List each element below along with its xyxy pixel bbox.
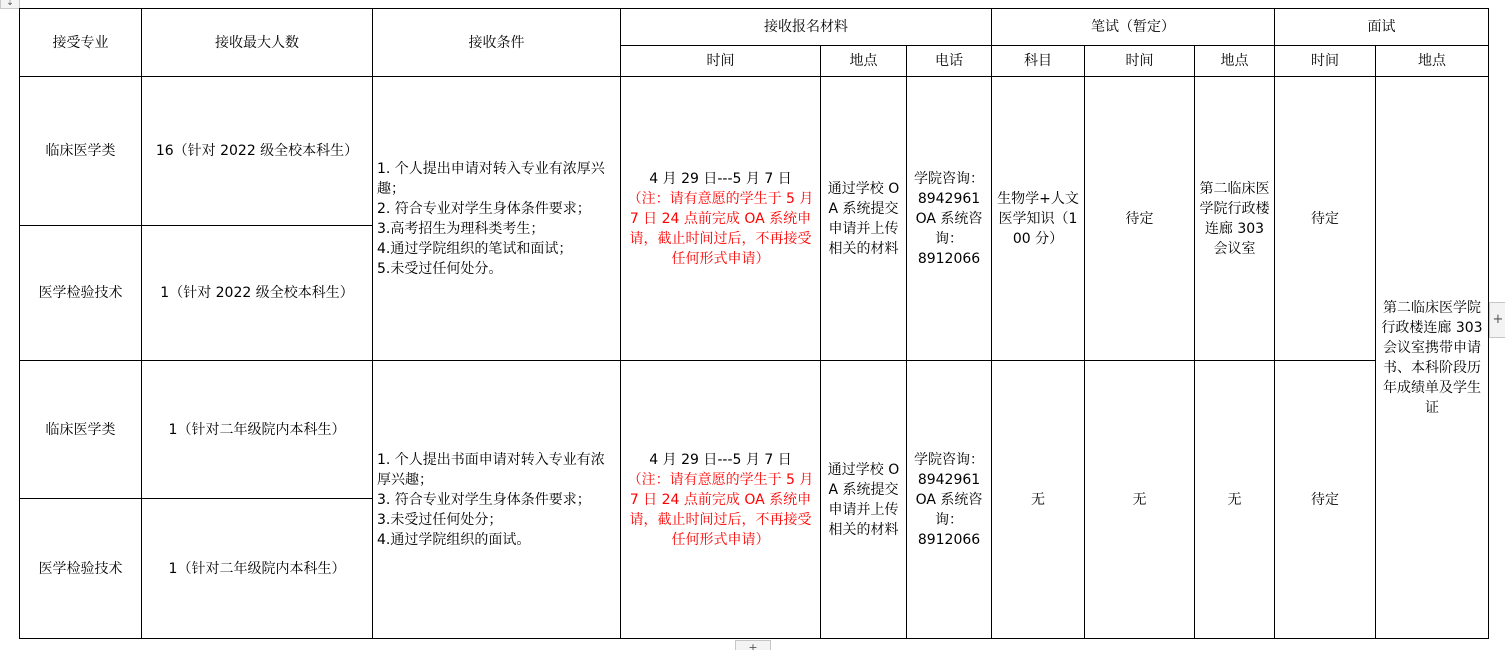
reg-phone-cell: 学院咨询： 8942961 OA 系统咨询： 8912066 <box>907 361 992 639</box>
written-time-cell: 待定 <box>1085 77 1195 361</box>
transfer-admission-table: 接受专业 接收最大人数 接收条件 接收报名材料 笔试（暂定） 面试 时间 地点 … <box>19 8 1489 639</box>
header-interview-time: 时间 <box>1275 46 1376 77</box>
max-count-cell: 1（针对 2022 级全校本科生） <box>142 226 373 361</box>
header-interview-place: 地点 <box>1376 46 1489 77</box>
header-written-exam: 笔试（暂定） <box>992 9 1275 46</box>
table-move-handle[interactable]: ⇣ <box>0 0 20 9</box>
condition-item: 1. 个人提出申请对转入专业有浓厚兴趣； <box>377 159 616 199</box>
conditions-cell: 1. 个人提出书面申请对转入专业有浓厚兴趣； 3. 符合专业对学生身体条件要求；… <box>373 361 621 639</box>
phone-label: OA 系统咨询： <box>911 209 987 249</box>
phone-number: 8942961 <box>911 470 987 490</box>
header-written-subject: 科目 <box>992 46 1085 77</box>
condition-item: 3.高考招生为理科类考生； <box>377 219 616 239</box>
interview-place-cell: 第二临床医学院行政楼连廊 303 会议室携带申请书、本科阶段历年成绩单及学生证 <box>1376 77 1489 639</box>
table-row: 临床医学类 16（针对 2022 级全校本科生） 1. 个人提出申请对转入专业有… <box>20 77 1489 226</box>
header-conditions: 接收条件 <box>373 9 621 77</box>
reg-deadline-note: （注：请有意愿的学生于 5 月 7 日 24 点前完成 OA 系统申请，截止时间… <box>625 189 816 269</box>
condition-item: 3. 符合专业对学生身体条件要求； <box>377 490 616 510</box>
condition-item: 2. 符合专业对学生身体条件要求； <box>377 199 616 219</box>
phone-label: 学院咨询： <box>911 169 987 189</box>
condition-item: 3.未受过任何处分； <box>377 510 616 530</box>
reg-time-cell: 4 月 29 日---5 月 7 日 （注：请有意愿的学生于 5 月 7 日 2… <box>621 77 821 361</box>
major-cell: 临床医学类 <box>20 361 142 499</box>
interview-time-cell: 待定 <box>1275 77 1376 361</box>
header-interview: 面试 <box>1275 9 1489 46</box>
reg-phone-cell: 学院咨询： 8942961 OA 系统咨询： 8912066 <box>907 77 992 361</box>
phone-label: 学院咨询： <box>911 450 987 470</box>
reg-date-range: 4 月 29 日---5 月 7 日 <box>625 450 816 470</box>
phone-number: 8912066 <box>911 249 987 269</box>
written-subject-cell: 生物学+人文医学知识（100 分） <box>992 77 1085 361</box>
table-row: 临床医学类 1（针对二年级院内本科生） 1. 个人提出书面申请对转入专业有浓厚兴… <box>20 361 1489 499</box>
condition-item: 4.通过学院组织的笔试和面试； <box>377 239 616 259</box>
max-count-cell: 16（针对 2022 级全校本科生） <box>142 77 373 226</box>
phone-label: OA 系统咨询： <box>911 490 987 530</box>
written-place-cell: 无 <box>1195 361 1275 639</box>
header-written-place: 地点 <box>1195 46 1275 77</box>
written-subject-cell: 无 <box>992 361 1085 639</box>
written-time-cell: 无 <box>1085 361 1195 639</box>
written-place-cell: 第二临床医学院行政楼连廊 303 会议室 <box>1195 77 1275 361</box>
reg-place-cell: 通过学校 OA 系统提交申请并上传相关的材料 <box>821 77 907 361</box>
condition-item: 4.通过学院组织的面试。 <box>377 530 616 550</box>
reg-time-cell: 4 月 29 日---5 月 7 日 （注：请有意愿的学生于 5 月 7 日 2… <box>621 361 821 639</box>
max-count-cell: 1（针对二年级院内本科生） <box>142 499 373 639</box>
condition-item: 5.未受过任何处分。 <box>377 259 616 279</box>
major-cell: 医学检验技术 <box>20 499 142 639</box>
phone-number: 8912066 <box>911 530 987 550</box>
header-major: 接受专业 <box>20 9 142 77</box>
header-registration-materials: 接收报名材料 <box>621 9 992 46</box>
header-max-count: 接收最大人数 <box>142 9 373 77</box>
header-reg-place: 地点 <box>821 46 907 77</box>
reg-place-cell: 通过学校 OA 系统提交申请并上传相关的材料 <box>821 361 907 639</box>
major-cell: 临床医学类 <box>20 77 142 226</box>
major-cell: 医学检验技术 <box>20 226 142 361</box>
add-row-button[interactable]: + <box>735 640 771 650</box>
interview-time-cell: 待定 <box>1275 361 1376 639</box>
header-written-time: 时间 <box>1085 46 1195 77</box>
reg-deadline-note: （注：请有意愿的学生于 5 月 7 日 24 点前完成 OA 系统申请，截止时间… <box>625 470 816 550</box>
reg-date-range: 4 月 29 日---5 月 7 日 <box>625 169 816 189</box>
header-reg-time: 时间 <box>621 46 821 77</box>
header-reg-phone: 电话 <box>907 46 992 77</box>
add-column-button[interactable]: + <box>1489 302 1505 338</box>
header-row-1: 接受专业 接收最大人数 接收条件 接收报名材料 笔试（暂定） 面试 <box>20 9 1489 46</box>
conditions-cell: 1. 个人提出申请对转入专业有浓厚兴趣； 2. 符合专业对学生身体条件要求； 3… <box>373 77 621 361</box>
max-count-cell: 1（针对二年级院内本科生） <box>142 361 373 499</box>
condition-item: 1. 个人提出书面申请对转入专业有浓厚兴趣； <box>377 450 616 490</box>
phone-number: 8942961 <box>911 189 987 209</box>
